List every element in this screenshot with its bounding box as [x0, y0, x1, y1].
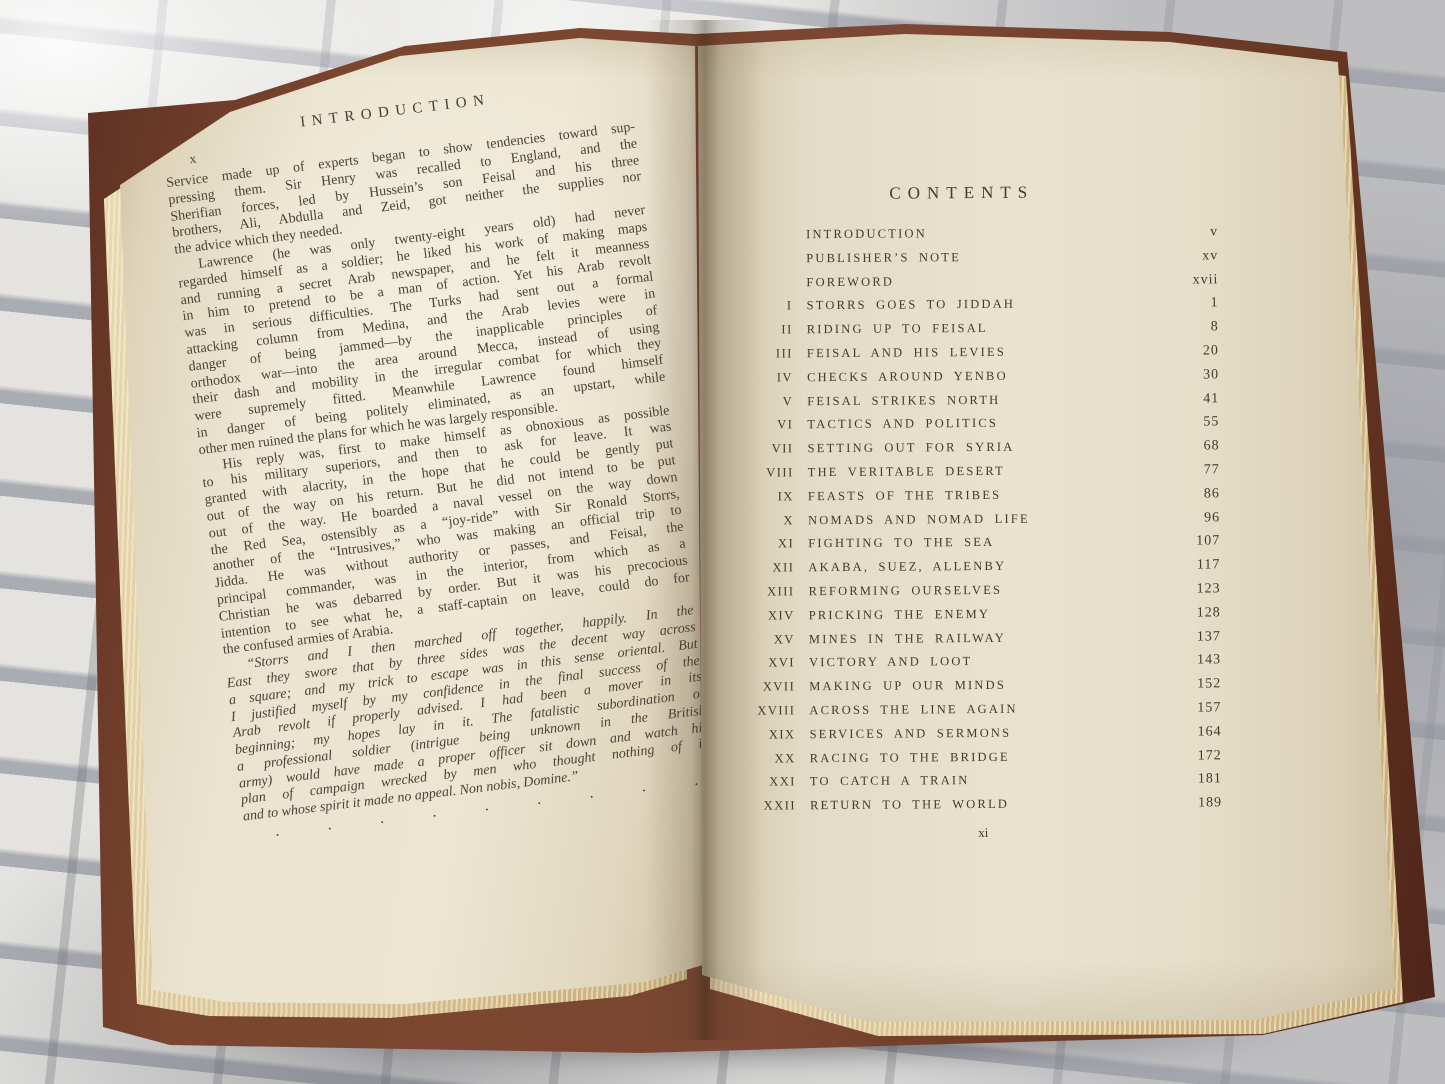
toc-row: VIISETTING OUT FOR SYRIA68 — [742, 439, 1220, 466]
break-dot: . — [327, 818, 333, 832]
toc-chapter-numeral: XII — [742, 560, 808, 575]
toc-title: PUBLISHER’S NOTE — [806, 248, 1168, 266]
toc-row: XVIIMAKING UP OUR MINDS152 — [743, 676, 1221, 703]
toc-row: XIXSERVICES AND SERMONS164 — [744, 724, 1222, 751]
toc-page-number: xv — [1168, 248, 1218, 264]
toc-title: SERVICES AND SERMONS — [810, 724, 1172, 742]
toc-row: IVCHECKS AROUND YENBO30 — [741, 367, 1219, 394]
contents-heading: CONTENTS — [740, 181, 1184, 206]
toc-row: IXFEASTS OF THE TRIBES86 — [742, 486, 1220, 513]
right-page: CONTENTS INTRODUCTIONvPUBLISHER’S NOTExv… — [690, 30, 1405, 1030]
toc-title: SETTING OUT FOR SYRIA — [808, 439, 1170, 457]
toc-chapter-numeral: IX — [742, 489, 808, 504]
toc-page-number: 157 — [1171, 700, 1221, 716]
toc-title: VICTORY AND LOOT — [809, 653, 1171, 671]
break-dot: . — [693, 774, 699, 788]
toc-chapter-numeral: XIII — [743, 584, 809, 599]
toc-chapter-numeral: XXII — [744, 798, 810, 813]
toc-row: FOREWORDxvii — [740, 272, 1218, 299]
toc-page-number: 30 — [1169, 367, 1219, 383]
toc-chapter-numeral: XX — [744, 751, 810, 766]
toc-chapter-numeral: XI — [742, 537, 808, 552]
toc-chapter-numeral: IV — [741, 370, 807, 385]
break-dot: . — [641, 780, 647, 794]
toc-page-number: 86 — [1170, 486, 1220, 502]
toc-chapter-numeral: VII — [742, 441, 808, 456]
toc-title: RIDING UP TO FEISAL — [807, 320, 1169, 338]
break-dot: . — [379, 812, 385, 826]
toc-title: MINES IN THE RAILWAY — [809, 629, 1171, 647]
toc-title: THE VERITABLE DESERT — [808, 463, 1170, 481]
toc-page-number: 1 — [1169, 296, 1219, 312]
toc-page-number: 172 — [1172, 748, 1222, 764]
toc-title: REFORMING OURSELVES — [809, 582, 1171, 600]
toc-chapter-numeral: XIX — [744, 727, 810, 742]
break-dot: . — [431, 805, 437, 819]
break-dot: . — [484, 799, 490, 813]
right-folio: xi — [744, 823, 1222, 842]
toc-row: XXITO CATCH A TRAIN181 — [744, 772, 1222, 799]
toc-title: ACROSS THE LINE AGAIN — [809, 701, 1171, 719]
photo-open-book-on-brick-wall: INTRODUCTION x Service made up of expert… — [0, 0, 1445, 1084]
toc-chapter-numeral: XV — [743, 632, 809, 647]
toc-chapter-numeral: XIV — [743, 608, 809, 623]
toc-title: INTRODUCTION — [806, 225, 1168, 243]
toc-title: MAKING UP OUR MINDS — [809, 677, 1171, 695]
toc-row: XXRACING TO THE BRIDGE172 — [744, 748, 1222, 775]
toc-title: TO CATCH A TRAIN — [810, 772, 1172, 790]
toc-chapter-numeral: VIII — [742, 465, 808, 480]
toc-chapter-numeral: VI — [741, 418, 807, 433]
toc-row: XVMINES IN THE RAILWAY137 — [743, 629, 1221, 656]
toc-page-number: 20 — [1169, 343, 1219, 359]
break-dot: . — [536, 793, 542, 807]
break-dot: . — [274, 825, 280, 839]
toc-chapter-numeral: XXI — [744, 775, 810, 790]
toc-page-number: 181 — [1172, 772, 1222, 788]
toc-page-number: 123 — [1170, 581, 1220, 597]
contents-block: CONTENTS INTRODUCTIONvPUBLISHER’S NOTExv… — [740, 180, 1223, 842]
toc-row: IIRIDING UP TO FEISAL8 — [741, 320, 1219, 347]
toc-page-number: 164 — [1171, 724, 1221, 740]
toc-title: NOMADS AND NOMAD LIFE — [808, 510, 1170, 528]
toc-title: RACING TO THE BRIDGE — [810, 748, 1172, 766]
toc-row: INTRODUCTIONv — [740, 224, 1218, 251]
toc-page-number: 152 — [1171, 676, 1221, 692]
toc-title: STORRS GOES TO JIDDAH — [807, 296, 1169, 314]
toc-row: IIIFEISAL AND HIS LEVIES20 — [741, 343, 1219, 370]
toc-page-number: 137 — [1171, 629, 1221, 645]
toc-chapter-numeral: V — [741, 394, 807, 409]
toc-row: ISTORRS GOES TO JIDDAH1 — [741, 296, 1219, 323]
toc-page-number: 143 — [1171, 653, 1221, 669]
toc-chapter-numeral: II — [741, 322, 807, 337]
toc-chapter-numeral: XVII — [743, 679, 809, 694]
toc-page-number: 8 — [1169, 320, 1219, 336]
toc-title: FOREWORD — [806, 272, 1168, 290]
toc-page-number: 128 — [1171, 605, 1221, 621]
toc-row: XVIVICTORY AND LOOT143 — [743, 653, 1221, 680]
toc-chapter-numeral: III — [741, 346, 807, 361]
toc-row: VITACTICS AND POLITICS55 — [741, 415, 1219, 442]
toc-title: FIGHTING TO THE SEA — [808, 534, 1170, 552]
toc-row: XIIAKABA, SUEZ, ALLENBY117 — [742, 557, 1220, 584]
break-dot: . — [588, 786, 594, 800]
toc-row: XIVPRICKING THE ENEMY128 — [743, 605, 1221, 632]
toc-row: PUBLISHER’S NOTExv — [740, 248, 1218, 275]
toc-title: PRICKING THE ENEMY — [809, 605, 1171, 623]
toc-chapter-numeral: I — [741, 299, 807, 314]
toc-chapter-numeral: XVI — [743, 656, 809, 671]
toc-page-number: 55 — [1169, 415, 1219, 431]
toc-row: VIIITHE VERITABLE DESERT77 — [742, 462, 1220, 489]
toc-page-number: v — [1168, 224, 1218, 240]
left-page: INTRODUCTION x Service made up of expert… — [105, 30, 715, 1015]
table-of-contents: INTRODUCTIONvPUBLISHER’S NOTExvFOREWORDx… — [740, 224, 1222, 822]
left-page-lines: Service made up of experts began to show… — [166, 120, 713, 827]
toc-chapter-numeral: XVIII — [743, 703, 809, 718]
toc-row: XXIIRETURN TO THE WORLD189 — [744, 795, 1222, 822]
toc-row: XVIIIACROSS THE LINE AGAIN157 — [743, 700, 1221, 727]
toc-page-number: 41 — [1169, 391, 1219, 407]
toc-chapter-numeral: X — [742, 513, 808, 528]
toc-row: XIFIGHTING TO THE SEA107 — [742, 534, 1220, 561]
toc-title: TACTICS AND POLITICS — [807, 415, 1169, 433]
left-page-text-block: INTRODUCTION x Service made up of expert… — [160, 75, 715, 843]
toc-page-number: 189 — [1172, 795, 1222, 811]
toc-page-number: 96 — [1170, 510, 1220, 526]
toc-title: FEISAL AND HIS LEVIES — [807, 344, 1169, 362]
toc-page-number: 77 — [1170, 462, 1220, 478]
toc-title: CHECKS AROUND YENBO — [807, 367, 1169, 385]
toc-page-number: 107 — [1170, 534, 1220, 550]
toc-title: FEISAL STRIKES NORTH — [807, 391, 1169, 409]
toc-page-number: 117 — [1170, 557, 1220, 573]
toc-page-number: 68 — [1169, 439, 1219, 455]
toc-row: XNOMADS AND NOMAD LIFE96 — [742, 510, 1220, 537]
toc-page-number: xvii — [1168, 272, 1218, 288]
toc-title: FEASTS OF THE TRIBES — [808, 486, 1170, 504]
toc-title: RETURN TO THE WORLD — [810, 796, 1172, 814]
toc-title: AKABA, SUEZ, ALLENBY — [808, 558, 1170, 576]
toc-row: VFEISAL STRIKES NORTH41 — [741, 391, 1219, 418]
toc-row: XIIIREFORMING OURSELVES123 — [743, 581, 1221, 608]
